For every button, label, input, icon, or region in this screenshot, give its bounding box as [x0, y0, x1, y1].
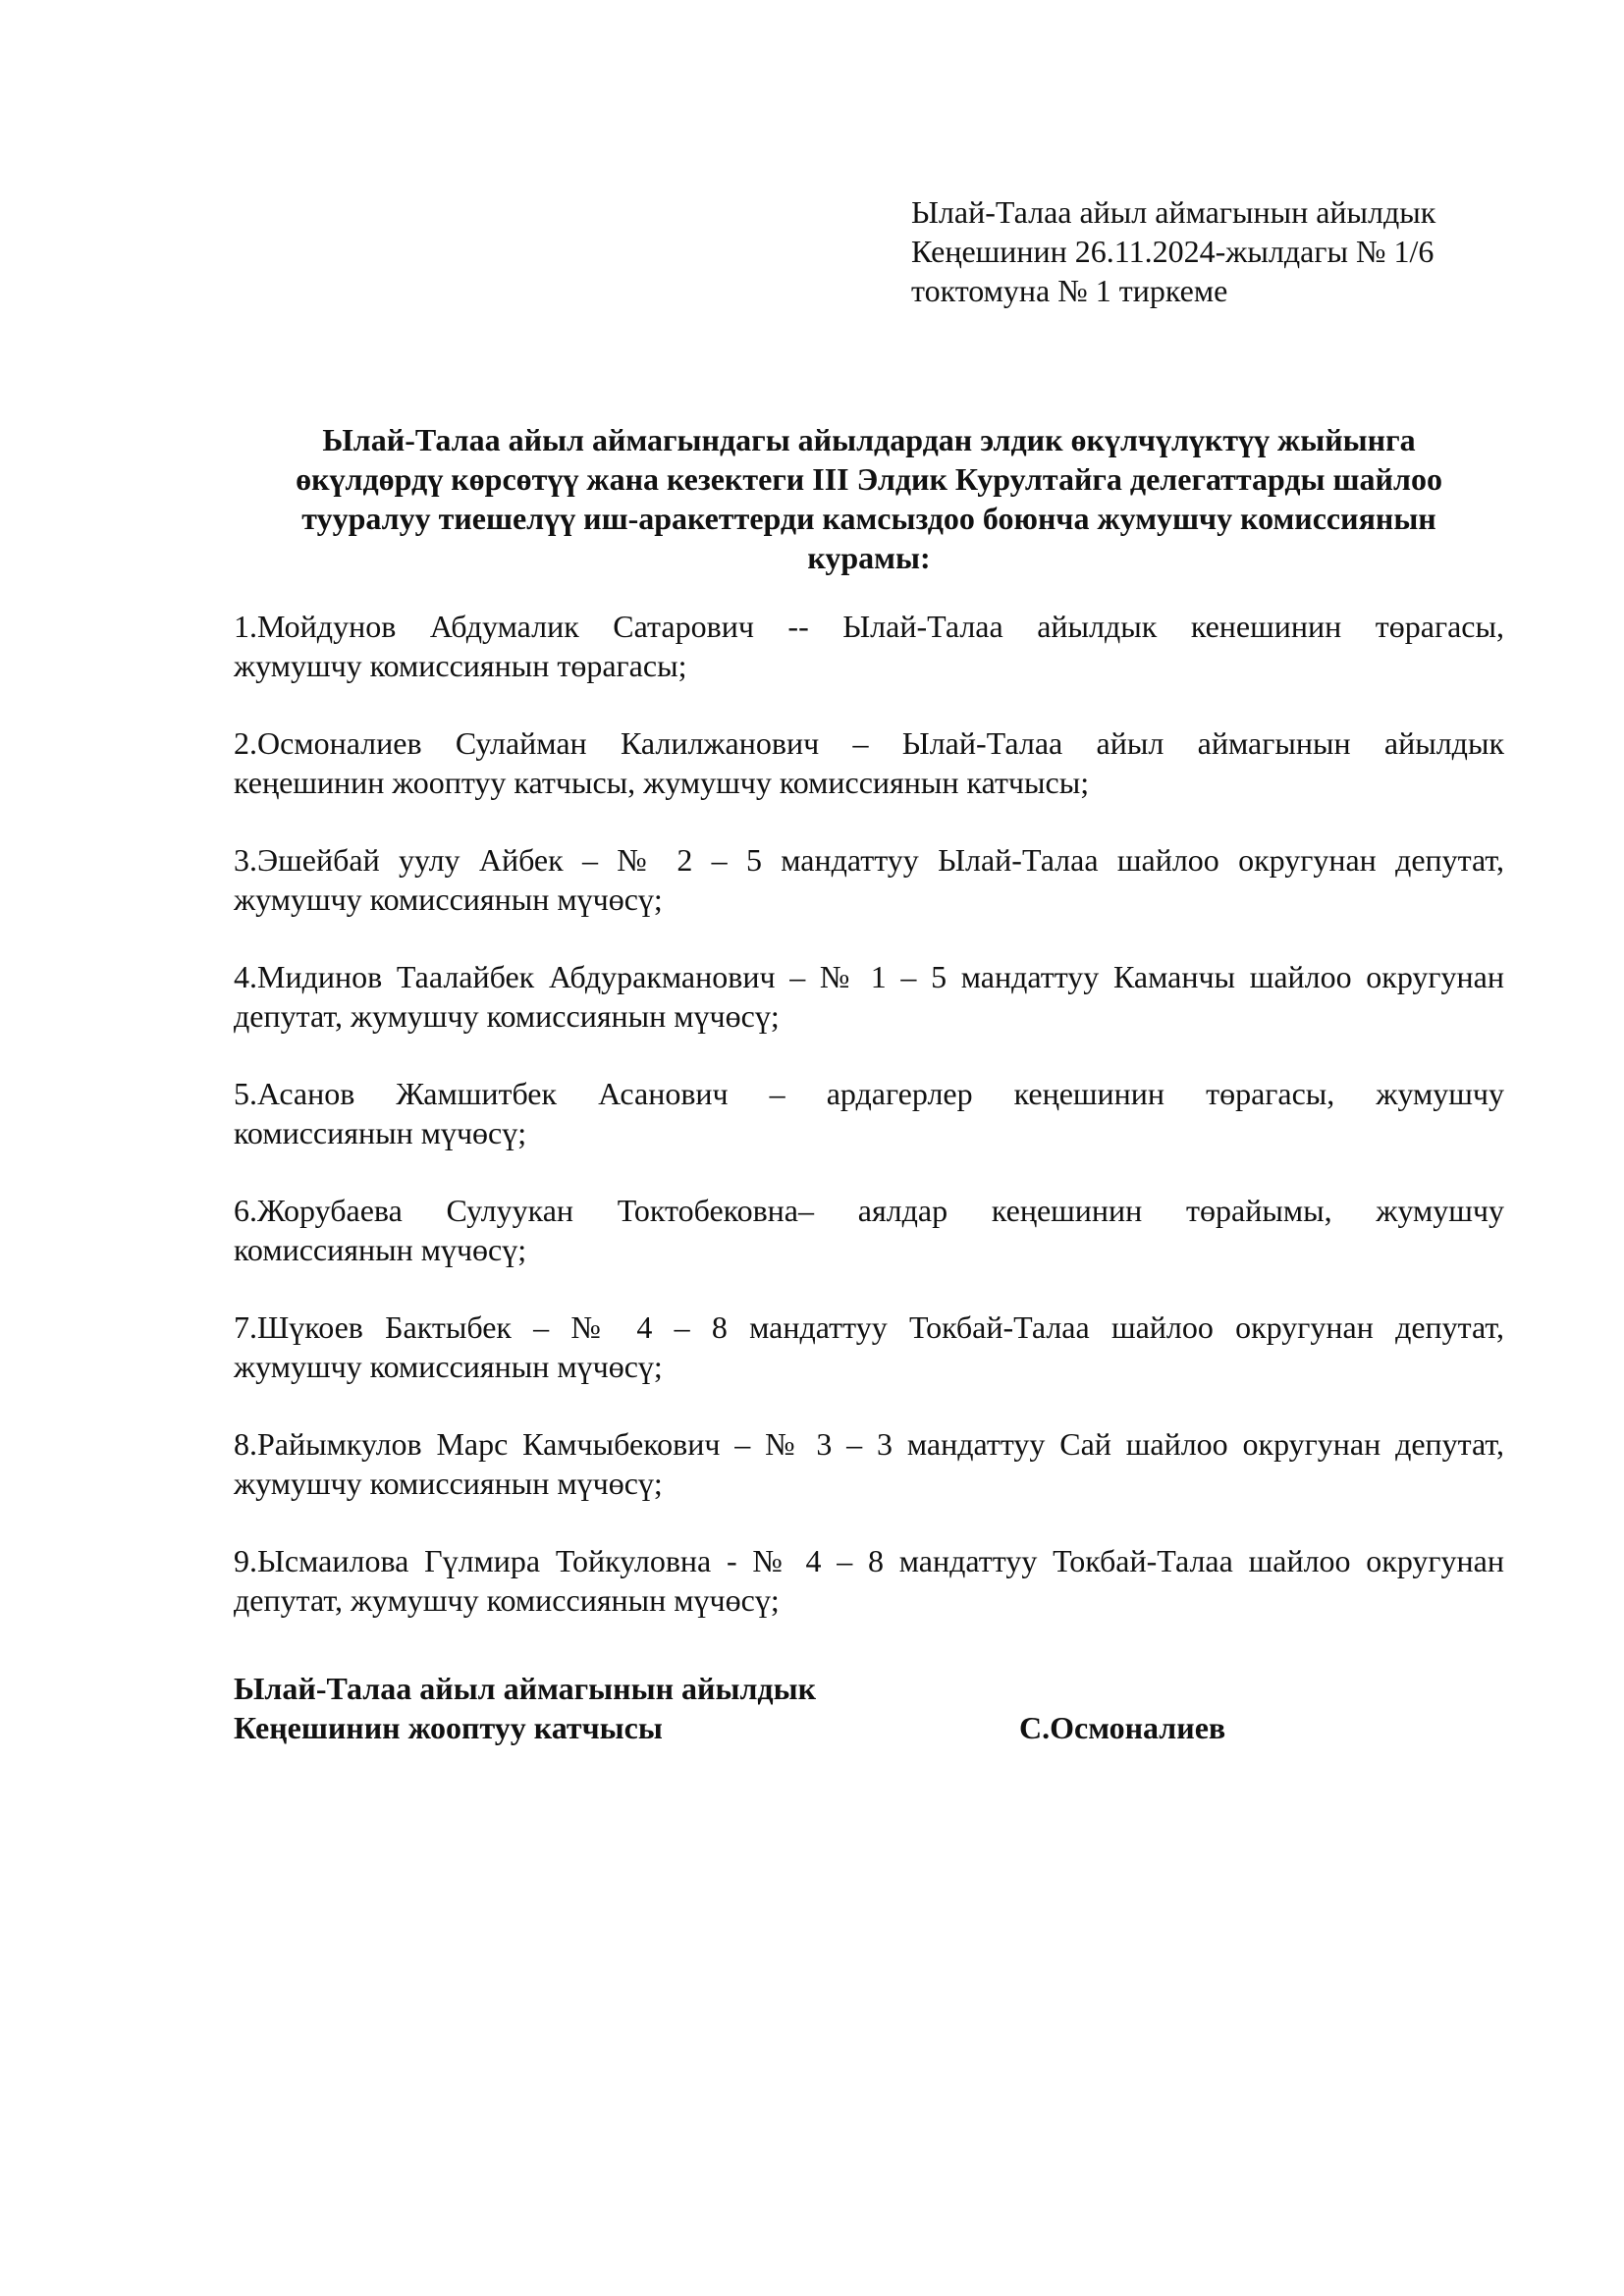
- signature-position: Кеңешинин жооптуу катчысы: [234, 1710, 663, 1745]
- signature-title-line: Кеңешинин жооптуу катчысы С.Осмоналиев: [234, 1708, 1504, 1747]
- document-page: Ылай-Талаа айыл аймагынын айылдык Кеңеши…: [0, 0, 1624, 2296]
- title-line: курамы:: [234, 538, 1504, 577]
- annex-line: Кеңешинин 26.11.2024-жылдагы № 1/6: [911, 232, 1540, 271]
- document-title: Ылай-Талаа айыл аймагындагы айылдардан э…: [234, 420, 1504, 577]
- member-line: комиссиянын мүчөсү;: [234, 1230, 1504, 1269]
- member-line: жумушчу комиссиянын мүчөсү;: [234, 1464, 1504, 1503]
- annex-line: Ылай-Талаа айыл аймагынын айылдык: [911, 192, 1540, 232]
- member-item: 2.Осмоналиев Сулайман Калилжанович – Ыла…: [234, 723, 1504, 802]
- member-item: 9.Ысмаилова Гүлмира Тойкуловна - № 4 – 8…: [234, 1541, 1504, 1620]
- member-line: комиссиянын мүчөсү;: [234, 1113, 1504, 1152]
- member-line: 6.Жорубаева Сулуукан Токтобековна– аялда…: [234, 1191, 1504, 1230]
- commission-member-list: 1.Мойдунов Абдумалик Сатарович -- Ылай-Т…: [234, 607, 1504, 1658]
- signature-position: Ылай-Талаа айыл аймагынын айылдык: [234, 1671, 816, 1706]
- title-line: Ылай-Талаа айыл аймагындагы айылдардан э…: [234, 420, 1504, 459]
- member-line: 9.Ысмаилова Гүлмира Тойкуловна - № 4 – 8…: [234, 1541, 1504, 1580]
- signature-title-line: Ылай-Талаа айыл аймагынын айылдык: [234, 1669, 1504, 1708]
- member-line: жумушчу комиссиянын мүчөсү;: [234, 880, 1504, 919]
- signatory-name: С.Осмоналиев: [1019, 1708, 1225, 1747]
- member-item: 1.Мойдунов Абдумалик Сатарович -- Ылай-Т…: [234, 607, 1504, 685]
- member-line: кеңешинин жооптуу катчысы, жумушчу комис…: [234, 763, 1504, 802]
- annex-line: токтомуна № 1 тиркеме: [911, 271, 1540, 310]
- member-item: 4.Мидинов Таалайбек Абдуракманович – № 1…: [234, 957, 1504, 1036]
- member-item: 7.Шүкоев Бактыбек – № 4 – 8 мандаттуу То…: [234, 1308, 1504, 1386]
- member-line: 8.Райымкулов Марс Камчыбекович – № 3 – 3…: [234, 1424, 1504, 1464]
- member-line: 1.Мойдунов Абдумалик Сатарович -- Ылай-Т…: [234, 607, 1504, 646]
- member-item: 3.Эшейбай уулу Айбек – № 2 – 5 мандаттуу…: [234, 840, 1504, 919]
- member-line: депутат, жумушчу комиссиянын мүчөсү;: [234, 1580, 1504, 1620]
- member-line: депутат, жумушчу комиссиянын мүчөсү;: [234, 996, 1504, 1036]
- member-item: 8.Райымкулов Марс Камчыбекович – № 3 – 3…: [234, 1424, 1504, 1503]
- member-line: 7.Шүкоев Бактыбек – № 4 – 8 мандаттуу То…: [234, 1308, 1504, 1347]
- member-item: 6.Жорубаева Сулуукан Токтобековна– аялда…: [234, 1191, 1504, 1269]
- member-line: 4.Мидинов Таалайбек Абдуракманович – № 1…: [234, 957, 1504, 996]
- member-line: жумушчу комиссиянын мүчөсү;: [234, 1347, 1504, 1386]
- member-line: 5.Асанов Жамшитбек Асанович – ардагерлер…: [234, 1074, 1504, 1113]
- title-line: өкүлдөрдү көрсөтүү жана кезектеги III Эл…: [234, 459, 1504, 499]
- title-line: тууралуу тиешелүү иш-аракеттерди камсызд…: [234, 499, 1504, 538]
- member-item: 5.Асанов Жамшитбек Асанович – ардагерлер…: [234, 1074, 1504, 1152]
- signature-block: Ылай-Талаа айыл аймагынын айылдык Кеңеши…: [234, 1669, 1504, 1747]
- annex-reference: Ылай-Талаа айыл аймагынын айылдык Кеңеши…: [911, 192, 1540, 310]
- member-line: 2.Осмоналиев Сулайман Калилжанович – Ыла…: [234, 723, 1504, 763]
- member-line: жумушчу комиссиянын төрагасы;: [234, 646, 1504, 685]
- member-line: 3.Эшейбай уулу Айбек – № 2 – 5 мандаттуу…: [234, 840, 1504, 880]
